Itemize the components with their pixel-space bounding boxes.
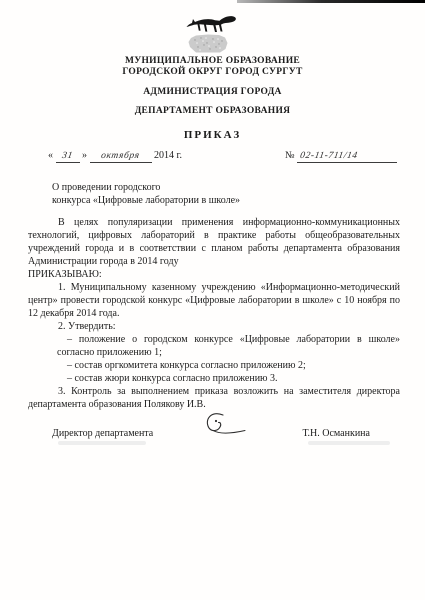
- document-body: В целях популяризации применения информа…: [28, 216, 400, 411]
- order-item-2: 2. Утвердить:: [28, 320, 400, 333]
- date-line: « 31 » октября 2014 г.: [28, 150, 182, 163]
- number-blank: 02-11-711/14: [297, 150, 397, 163]
- number-line: № 02-11-711/14: [285, 150, 397, 163]
- number-handwritten: 02-11-711/14: [299, 151, 358, 162]
- document-subject: О проведении городского конкурса «Цифров…: [52, 181, 425, 207]
- administration-line: АДМИНИСТРАЦИЯ ГОРОДА: [0, 87, 425, 98]
- director-title: Директор департамента: [52, 428, 153, 439]
- handwritten-signature-icon: [201, 411, 255, 441]
- date-day-blank: 31: [56, 150, 80, 163]
- signature-row: Директор департамента Т.Н. Османкина: [28, 425, 400, 441]
- org-name-line1: МУНИЦИПАЛЬНОЕ ОБРАЗОВАНИЕ: [0, 56, 425, 67]
- emblem: [0, 0, 425, 56]
- preamble-paragraph: В целях популяризации применения информа…: [28, 216, 400, 268]
- date-year: 2014 г.: [154, 150, 182, 161]
- scan-smudge-left: [58, 441, 146, 445]
- order-item-1: 1. Муниципальному казенному учреждению «…: [28, 281, 400, 320]
- document-type-title: ПРИКАЗ: [0, 129, 425, 141]
- date-month-handwritten: октября: [100, 151, 140, 162]
- order-item-3: 3. Контроль за выполнением приказа возло…: [28, 385, 400, 411]
- signer-name: Т.Н. Османкина: [302, 428, 370, 439]
- number-label: №: [285, 150, 295, 161]
- surgut-fox-on-rock-emblem-icon: [183, 14, 243, 56]
- date-month-blank: октября: [90, 150, 152, 163]
- order-word: ПРИКАЗЫВАЮ:: [28, 268, 400, 281]
- date-open-quote: «: [48, 150, 53, 161]
- order-item-2-sub-1: – положение о городском конкурсе «Цифров…: [57, 333, 400, 359]
- requisites-row: « 31 » октября 2014 г. № 02-11-711/14: [28, 150, 397, 163]
- org-name-line2: ГОРОДСКОЙ ОКРУГ ГОРОД СУРГУТ: [0, 67, 425, 78]
- order-document-page: МУНИЦИПАЛЬНОЕ ОБРАЗОВАНИЕ ГОРОДСКОЙ ОКРУ…: [0, 0, 425, 600]
- department-line: ДЕПАРТАМЕНТ ОБРАЗОВАНИЯ: [0, 106, 425, 117]
- subject-line1: О проведении городского: [52, 181, 425, 194]
- subject-line2: конкурса «Цифровые лаборатории в школе»: [52, 194, 425, 207]
- date-close-quote: »: [82, 150, 87, 161]
- scan-artifact-bar: [237, 0, 425, 3]
- order-item-2-sub-2: – состав оргкомитета конкурса согласно п…: [57, 359, 400, 372]
- order-item-2-sub-3: – состав жюри конкурса согласно приложен…: [57, 372, 400, 385]
- scan-smudge-right: [308, 441, 390, 445]
- date-day-handwritten: 31: [61, 151, 73, 162]
